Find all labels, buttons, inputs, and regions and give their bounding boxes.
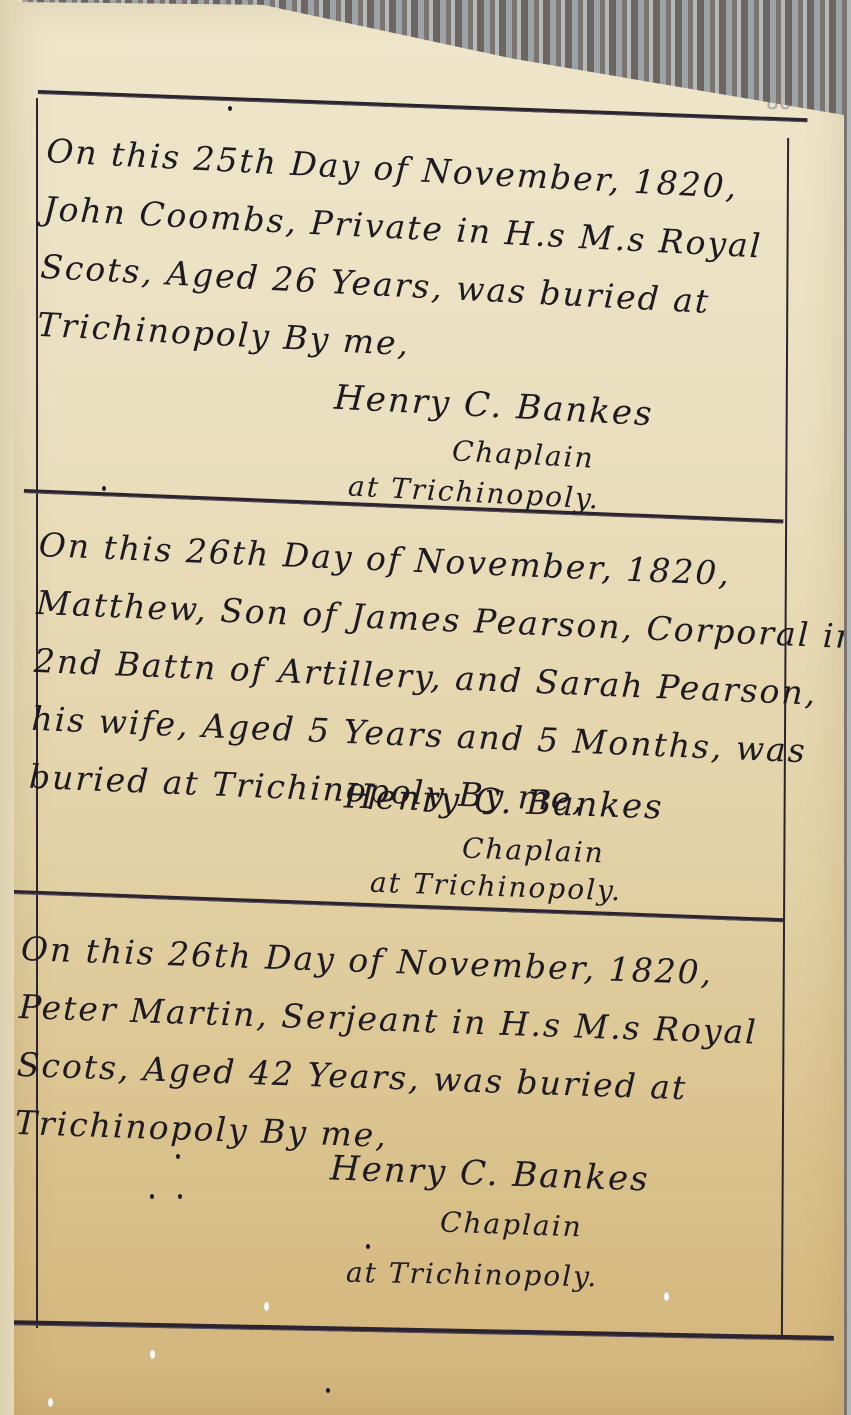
ink-speck — [150, 1194, 154, 1199]
entry-1-signature-title: Chaplain — [451, 434, 595, 474]
ink-speck — [178, 1194, 182, 1199]
ink-speck — [228, 106, 232, 111]
entry-3-signature-title: Chaplain — [439, 1206, 583, 1244]
ink-speck — [326, 1388, 330, 1393]
ink-speck — [366, 1244, 370, 1249]
ink-speck — [102, 486, 106, 491]
burial-entry-1: On this 25th Day of November, 1820, John… — [36, 122, 767, 391]
worm-hole — [264, 1302, 269, 1311]
ink-speck — [176, 1154, 180, 1159]
worm-hole — [150, 1350, 155, 1359]
entry-1-signature-place: at Trichinopoly. — [347, 469, 601, 515]
burial-entry-3: On this 26th Day of November, 1820, Pete… — [14, 920, 761, 1178]
entry-3-signature-place: at Trichinopoly. — [346, 1256, 599, 1293]
entry-1-signature-name: Henry C. Bankes — [333, 378, 654, 435]
worm-hole — [664, 1292, 669, 1301]
entry-2-signature-place: at Trichinopoly. — [370, 866, 623, 908]
top-rule — [38, 90, 808, 122]
worm-hole — [48, 1398, 53, 1407]
bottom-rule — [4, 1320, 834, 1341]
register-page: 86 On this 25th Day of November, 1820, J… — [14, 2, 844, 1415]
entry-2-signature-title: Chaplain — [461, 832, 605, 870]
